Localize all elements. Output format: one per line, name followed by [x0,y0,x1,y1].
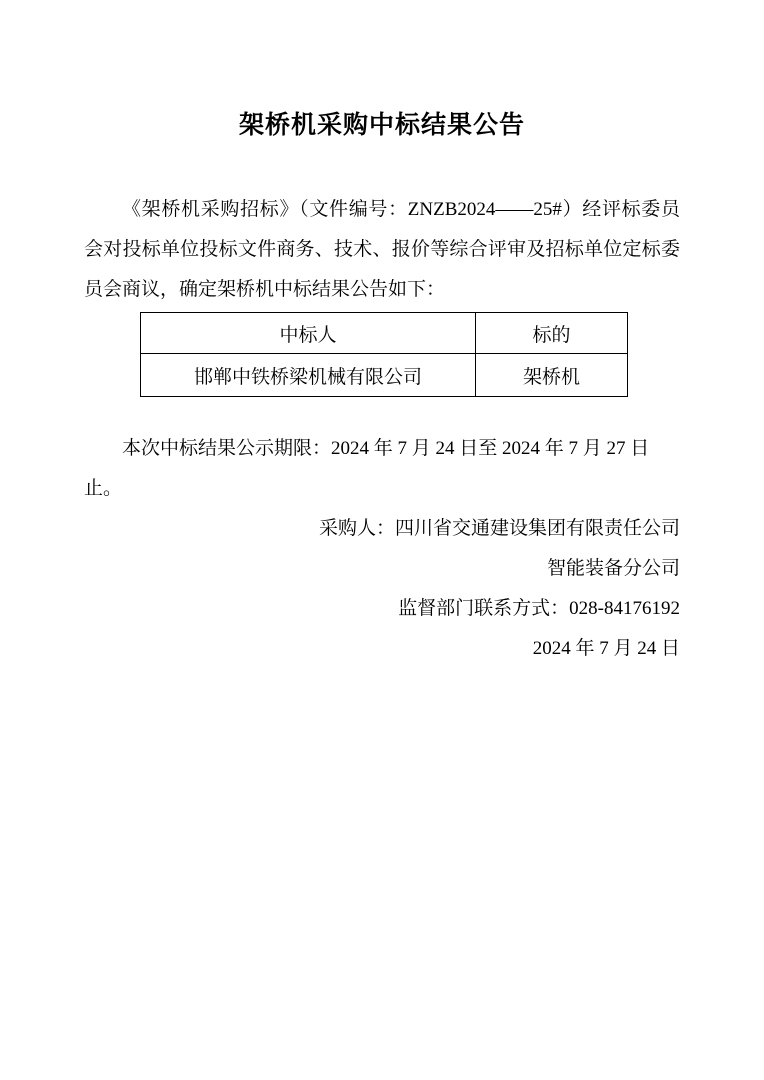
table-header-row: 中标人 标的 [141,313,628,354]
bid-result-table: 中标人 标的 邯郸中铁桥梁机械有限公司 架桥机 [140,312,628,397]
purchaser-line: 采购人：四川省交通建设集团有限责任公司 [84,509,680,549]
winner-cell: 邯郸中铁桥梁机械有限公司 [141,354,476,397]
document-page: 架桥机采购中标结果公告 《架桥机采购招标》（文件编号：ZNZB2024——25#… [0,0,764,1080]
branch-line: 智能装备分公司 [84,549,680,589]
publicity-period-line: 本次中标结果公示期限：2024 年 7 月 24 日至 2024 年 7 月 2… [84,429,680,509]
document-title: 架桥机采购中标结果公告 [84,108,680,144]
subject-cell: 架桥机 [476,354,628,397]
table-row: 邯郸中铁桥梁机械有限公司 架桥机 [141,354,628,397]
intro-paragraph: 《架桥机采购招标》（文件编号：ZNZB2024——25#）经评标委员会对投标单位… [84,190,680,310]
date-line: 2024 年 7 月 24 日 [84,629,680,669]
table-header-winner: 中标人 [141,313,476,354]
table-header-subject: 标的 [476,313,628,354]
supervision-contact-line: 监督部门联系方式：028-84176192 [84,589,680,629]
